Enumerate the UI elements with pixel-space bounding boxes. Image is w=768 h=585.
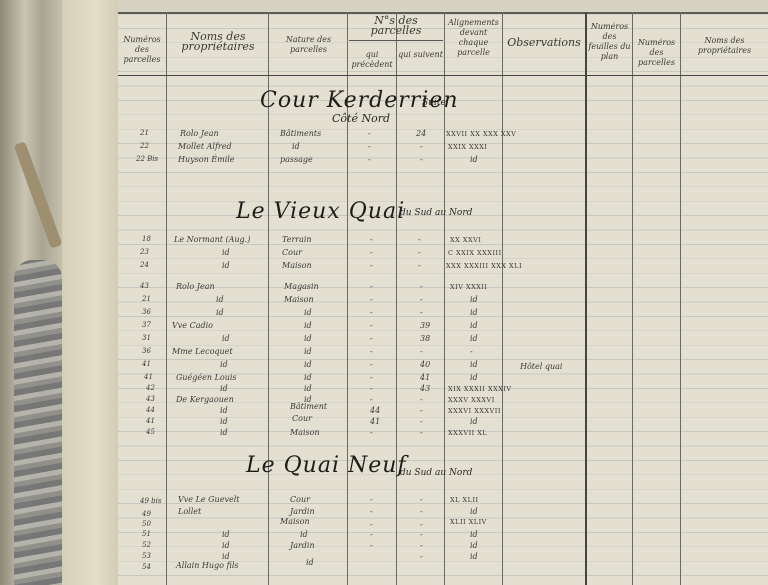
row-alignment: id xyxy=(470,417,478,426)
row-alignment: id xyxy=(470,321,478,330)
row-preceding: - xyxy=(370,235,373,244)
row-number: 36 xyxy=(142,308,151,316)
row-alignment: id xyxy=(470,530,478,539)
column-rule-divider xyxy=(585,12,587,585)
column-rule xyxy=(166,12,167,585)
header-parcels-following: qui suivent xyxy=(397,50,444,60)
row-owner: Rolo Jean xyxy=(180,129,219,138)
row-following: - xyxy=(420,295,423,304)
row-number: 23 xyxy=(140,248,149,256)
column-rule xyxy=(632,12,633,585)
row-alignment: XL XLII xyxy=(450,496,479,504)
row-following: - xyxy=(420,541,423,550)
row-preceding: - xyxy=(368,142,371,151)
row-nature: id xyxy=(304,360,312,369)
row-number: 51 xyxy=(142,530,151,538)
header-owner-names: Noms des propriétaires xyxy=(168,32,268,52)
section-title: Le Vieux Quai xyxy=(236,199,405,224)
row-number: 36 xyxy=(142,347,151,355)
section-subtitle: Côté Nord xyxy=(332,112,390,125)
row-owner: id xyxy=(222,530,230,539)
row-alignment: XIV XXXII xyxy=(450,283,487,291)
row-following: - xyxy=(420,520,423,529)
row-alignment: XX XXVI xyxy=(450,236,481,244)
row-owner: id xyxy=(222,541,230,550)
header-plan-sheet-numbers: Numéros des feuilles du plan xyxy=(587,22,632,62)
row-following: - xyxy=(420,282,423,291)
row-following: - xyxy=(420,347,423,356)
row-alignment: id xyxy=(470,295,478,304)
row-preceding: - xyxy=(370,248,373,257)
header-observations: Observations xyxy=(503,38,585,48)
row-preceding: - xyxy=(370,541,373,550)
row-alignment: C XXIX XXXIII xyxy=(448,249,502,257)
page-top-edge xyxy=(118,0,768,14)
row-preceding: - xyxy=(370,295,373,304)
row-nature: Maison xyxy=(282,261,312,270)
row-owner: id xyxy=(220,406,228,415)
row-number: 52 xyxy=(142,541,151,549)
row-preceding: - xyxy=(370,428,373,437)
row-nature: id xyxy=(304,384,312,393)
row-preceding: 41 xyxy=(370,417,380,426)
row-following: 24 xyxy=(416,129,426,138)
row-preceding: - xyxy=(370,261,373,270)
section-suffix: Suite xyxy=(422,98,446,108)
row-following: 43 xyxy=(420,384,430,393)
row-nature: Maison xyxy=(280,517,310,526)
row-owner: Vve Le Guevelt xyxy=(178,495,239,504)
row-owner: id xyxy=(220,360,228,369)
row-nature: id xyxy=(306,558,314,567)
row-preceding: - xyxy=(370,495,373,504)
header-parcel-number: Numéros des parcelles xyxy=(118,35,166,65)
row-number: 43 xyxy=(146,395,155,403)
column-rule xyxy=(680,12,681,585)
row-following: - xyxy=(420,308,423,317)
row-number: 21 xyxy=(142,295,151,303)
row-number: 41 xyxy=(144,373,153,381)
row-alignment: XXX XXXIII XXX XLI xyxy=(446,262,522,270)
row-nature: id xyxy=(292,142,300,151)
row-number: 43 xyxy=(140,282,149,290)
row-nature: id xyxy=(304,334,312,343)
row-preceding: - xyxy=(370,308,373,317)
row-number: 41 xyxy=(146,417,155,425)
row-following: - xyxy=(420,395,423,404)
header-owner-names-right: Noms des propriétaires xyxy=(681,36,768,56)
row-alignment: XXXV XXXVI xyxy=(448,396,495,404)
row-nature: Cour xyxy=(282,248,302,257)
row-following: - xyxy=(420,428,423,437)
row-owner: id xyxy=(216,295,224,304)
row-preceding: - xyxy=(368,129,371,138)
row-number: 49 xyxy=(142,510,151,518)
row-nature: Maison xyxy=(284,295,314,304)
row-alignment: XXXVI XXXVII xyxy=(448,407,501,415)
row-owner: Lollet xyxy=(178,507,201,516)
row-owner: id xyxy=(220,384,228,393)
row-following: - xyxy=(420,507,423,516)
row-nature: Bâtiment xyxy=(290,402,327,411)
row-nature: id xyxy=(304,321,312,330)
header-parcel-nature: Nature des parcelles xyxy=(270,35,347,55)
row-owner: id xyxy=(216,308,224,317)
header-parcels-group: N°s des parcelles xyxy=(348,16,444,36)
row-number: 41 xyxy=(142,360,151,368)
section-suffix: du Sud au Nord xyxy=(400,468,472,478)
row-alignment: XXVII XX XXX XXV xyxy=(446,130,516,138)
row-number: 21 xyxy=(140,129,149,137)
row-following: 40 xyxy=(420,360,430,369)
row-owner: Vve Cadio xyxy=(172,321,213,330)
row-owner: Mme Lecoquet xyxy=(172,347,233,356)
row-owner: id xyxy=(222,552,230,561)
row-preceding: - xyxy=(370,282,373,291)
row-nature: Bâtiments xyxy=(280,129,321,138)
row-preceding: - xyxy=(370,384,373,393)
header-alignments: Alignements devant chaque parcelle xyxy=(445,18,502,58)
row-alignment: - xyxy=(470,347,473,356)
row-owner: Allain Hugo fils xyxy=(176,561,239,570)
row-following: - xyxy=(420,530,423,539)
row-alignment: id xyxy=(470,308,478,317)
header-group-rule xyxy=(349,40,443,41)
section-suffix: du Sud au Nord xyxy=(400,208,472,218)
row-nature: Cour xyxy=(290,495,310,504)
row-number: 22 Bis xyxy=(136,155,158,163)
row-nature: id xyxy=(300,530,308,539)
row-number: 44 xyxy=(146,406,155,414)
row-alignment: XXIX XXXI xyxy=(448,143,487,151)
row-owner: Huyson Émile xyxy=(178,155,235,164)
row-number: 53 xyxy=(142,552,151,560)
row-preceding: - xyxy=(370,347,373,356)
row-preceding: - xyxy=(370,334,373,343)
row-owner: id xyxy=(222,248,230,257)
row-number: 31 xyxy=(142,334,151,342)
row-number: 49 bis xyxy=(140,497,161,505)
row-owner: id xyxy=(220,428,228,437)
column-rule xyxy=(502,12,503,585)
row-following: - xyxy=(420,142,423,151)
row-alignment: id xyxy=(470,507,478,516)
row-owner: id xyxy=(220,417,228,426)
row-preceding: - xyxy=(370,360,373,369)
row-following: - xyxy=(418,235,421,244)
row-preceding: - xyxy=(368,155,371,164)
row-nature: id xyxy=(304,308,312,317)
row-nature: Jardin xyxy=(290,541,315,550)
row-alignment: id xyxy=(470,373,478,382)
row-nature: id xyxy=(304,373,312,382)
row-number: 50 xyxy=(142,520,151,528)
row-number: 18 xyxy=(142,235,151,243)
row-owner: id xyxy=(222,261,230,270)
row-alignment: id xyxy=(470,541,478,550)
row-alignment: id xyxy=(470,360,478,369)
header-parcels-preceding: qui précèdent xyxy=(348,50,396,70)
row-owner: Guégéen Louis xyxy=(176,373,237,382)
row-owner: De Kergaouen xyxy=(176,395,234,404)
row-number: 42 xyxy=(146,384,155,392)
row-alignment: XLII XLIV xyxy=(450,518,487,526)
row-nature: passage xyxy=(280,155,313,164)
row-nature: Cour xyxy=(292,414,312,423)
row-following: - xyxy=(420,406,423,415)
binding-ribbon-bundle xyxy=(14,260,62,585)
row-preceding: - xyxy=(370,520,373,529)
row-preceding: - xyxy=(370,530,373,539)
row-number: 37 xyxy=(142,321,151,329)
row-nature: Terrain xyxy=(282,235,312,244)
row-preceding: - xyxy=(370,395,373,404)
row-nature: id xyxy=(304,347,312,356)
row-nature: Jardin xyxy=(290,507,315,516)
row-preceding: 44 xyxy=(370,406,380,415)
row-preceding: - xyxy=(370,507,373,516)
row-alignment: id xyxy=(470,155,478,164)
row-owner: id xyxy=(222,334,230,343)
row-nature: Magasin xyxy=(284,282,319,291)
row-owner: Le Normant (Aug.) xyxy=(174,235,250,244)
row-following: - xyxy=(420,155,423,164)
row-nature: Maison xyxy=(290,428,320,437)
row-alignment: id xyxy=(470,552,478,561)
row-owner: Mollet Alfred xyxy=(178,142,232,151)
row-number: 24 xyxy=(140,261,149,269)
row-number: 22 xyxy=(140,142,149,150)
row-preceding: - xyxy=(370,321,373,330)
row-following: - xyxy=(420,417,423,426)
row-following: - xyxy=(420,552,423,561)
row-alignment: XXXVII XL xyxy=(448,429,487,437)
row-following: - xyxy=(418,248,421,257)
row-owner: Rolo Jean xyxy=(176,282,215,291)
header-parcel-numbers-right: Numéros des parcelles xyxy=(633,38,680,68)
row-alignment: id xyxy=(470,334,478,343)
row-following: 41 xyxy=(420,373,430,382)
row-number: 54 xyxy=(142,563,151,571)
row-preceding: - xyxy=(370,373,373,382)
row-following: 38 xyxy=(420,334,430,343)
row-observation: Hôtel quai xyxy=(520,362,562,371)
header-bottom-rule xyxy=(118,75,768,76)
row-number: 45 xyxy=(146,428,155,436)
flyleaf-page xyxy=(62,0,120,585)
section-title: Le Quai Neuf xyxy=(246,453,407,478)
row-alignment: XIX XXXII XXXIV xyxy=(448,385,512,393)
row-following: 39 xyxy=(420,321,430,330)
row-following: - xyxy=(420,495,423,504)
row-following: - xyxy=(418,261,421,270)
